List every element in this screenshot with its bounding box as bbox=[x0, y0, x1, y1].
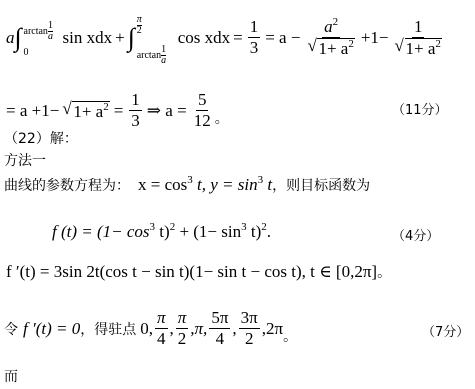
parametric-line: 曲线的参数方程为： x = cos3 t, y = sin3 t ，则目标函数为 bbox=[4, 175, 370, 195]
fraction-a2-over-sqrt: a2 √1+ a2 bbox=[305, 18, 356, 58]
integral-sign-2: ∫ π2 arctan1a bbox=[128, 23, 138, 53]
method-heading: 方法一 bbox=[4, 150, 46, 170]
score-7: （7分） bbox=[422, 321, 469, 340]
equation-line-1: a ∫ arctan1a 0 sin xdx + ∫ π2 arctan1a c… bbox=[6, 8, 446, 68]
fraction-one-third: 13 bbox=[129, 91, 142, 130]
fraction-one-over-sqrt: 1 √1+ a2 bbox=[393, 18, 444, 58]
derivative-line: f ′(t) = 3sin 2t(cos t − sin t)(1− sin t… bbox=[6, 262, 391, 282]
coefficient-a: a bbox=[6, 28, 15, 48]
fraction-one-third: 13 bbox=[248, 18, 261, 57]
continuation-text: 而 bbox=[4, 366, 18, 386]
integral-sign-1: ∫ arctan1a 0 bbox=[15, 23, 25, 53]
fraction-5pi-4: 5π4 bbox=[209, 309, 230, 348]
fraction-pi-4: π4 bbox=[155, 309, 168, 348]
fraction-pi-2: π2 bbox=[176, 309, 189, 348]
fraction-result: 512 bbox=[192, 91, 213, 130]
critical-points-line: 令 f ′(t) = 0 ，得驻点 0, π4 , π2 ,π, 5π4 , 3… bbox=[4, 306, 297, 352]
objective-function: f (t) = (1− cos3 t)2 + (1− sin3 t)2. bbox=[52, 222, 271, 242]
score-4: （4分） bbox=[392, 225, 439, 244]
question-label: （22）解： bbox=[4, 128, 78, 148]
fraction-3pi-2: 3π2 bbox=[239, 309, 260, 348]
score-11: （11分） bbox=[392, 99, 448, 118]
integrand-1: sin xdx bbox=[63, 28, 113, 48]
sqrt-expression: √1+ a2 bbox=[62, 101, 109, 122]
integrand-2: cos xdx bbox=[178, 28, 230, 48]
